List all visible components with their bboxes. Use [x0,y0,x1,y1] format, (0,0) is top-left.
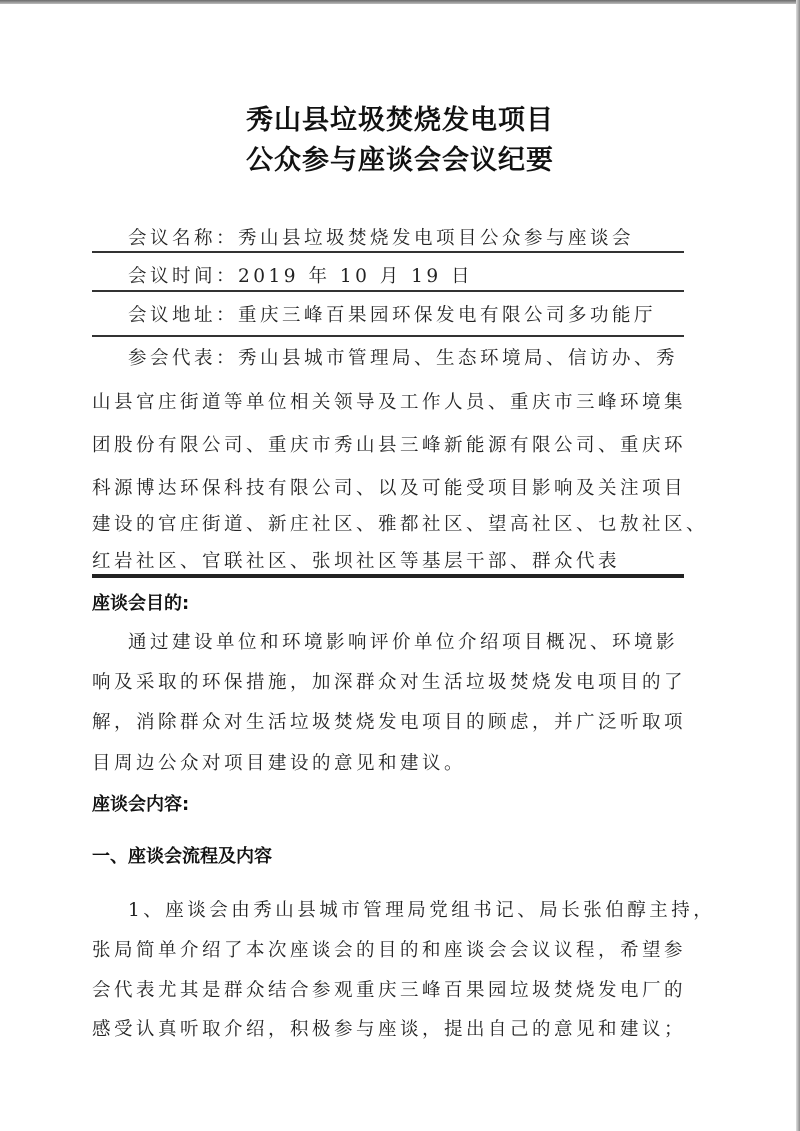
meeting-time: 会议时间：2019 年 10 月 19 日 [128,262,473,288]
purpose-heading: 座谈会目的: [92,589,189,615]
attendees-line: 参会代表：秀山县城市管理局、生态环境局、信访办、秀 [128,344,678,370]
item-1-line: 张局简单介绍了本次座谈会的目的和座谈会会议议程，希望参 [92,936,686,962]
item-1-line: 感受认真听取介绍，积极参与座谈，提出自己的意见和建议； [92,1015,686,1041]
document-title-line-1: 秀山县垃圾焚烧发电项目 [0,98,800,137]
scan-top-edge [0,0,800,4]
meeting-name: 会议名称：秀山县垃圾焚烧发电项目公众参与座谈会 [128,224,634,250]
attendees-line: 红岩社区、官联社区、张坝社区等基层干部、群众代表 [92,547,620,573]
attendees-line: 建设的官庄街道、新庄社区、雅都社区、望高社区、乜敖社区、 [92,510,708,536]
divider-rule [92,290,684,292]
section-1-heading: 一、座谈会流程及内容 [92,842,272,868]
item-1-line: 1、座谈会由秀山县城市管理局党组书记、局长张伯醇主持， [128,896,715,922]
divider-rule [92,335,684,337]
purpose-line: 响及采取的环保措施，加深群众对生活垃圾焚烧发电项目的了 [92,668,686,694]
document-title-line-2: 公众参与座谈会会议纪要 [0,138,800,177]
divider-rule [92,251,684,253]
attendees-line: 团股份有限公司、重庆市秀山县三峰新能源有限公司、重庆环 [92,431,686,457]
attendees-line: 科源博达环保科技有限公司、以及可能受项目影响及关注项目 [92,474,686,500]
meeting-address: 会议地址：重庆三峰百果园环保发电有限公司多功能厅 [128,301,656,327]
purpose-line: 解，消除群众对生活垃圾焚烧发电项目的顾虑，并广泛听取项 [92,708,686,734]
attendees-line: 山县官庄街道等单位相关领导及工作人员、重庆市三峰环境集 [92,388,686,414]
divider-rule-thick [92,574,684,578]
content-heading: 座谈会内容: [92,790,189,816]
purpose-line: 通过建设单位和环境影响评价单位介绍项目概况、环境影 [128,628,678,654]
purpose-line: 目周边公众对项目建设的意见和建议。 [92,749,466,775]
item-1-line: 会代表尤其是群众结合参观重庆三峰百果园垃圾焚烧发电厂的 [92,976,686,1002]
